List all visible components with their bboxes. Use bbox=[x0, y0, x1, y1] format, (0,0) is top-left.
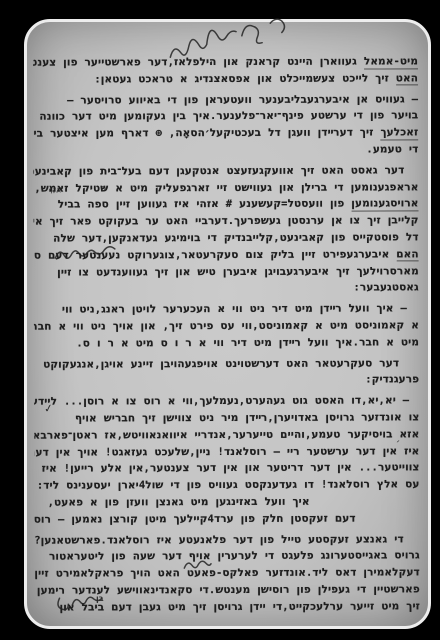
text-line: בויער פון די ערשטע פינף־יאר־פלענער.איך ב… bbox=[33, 108, 418, 126]
photographed-document: { "page": { "background_color": "#000000… bbox=[0, 0, 440, 640]
text-line: די טעמע. bbox=[33, 141, 418, 159]
text-line: מיט א חבר.איך וועל רײדן מיט דיר ווי א ר … bbox=[34, 334, 419, 352]
text-line: דער סעקרעטאר האט דערשטוינט אויפגעהויבן ז… bbox=[34, 355, 419, 373]
text-line: דער גאסט האט זיך אוועקגעזעצט אנטקעגן דעם… bbox=[33, 162, 418, 180]
text-line: איז אין דער ערשטער ריי — רוסלאנד! ניין,ש… bbox=[34, 443, 419, 461]
text-line: האט זיך לייכט צעשמייכלט און אפסאצנדיג א … bbox=[33, 70, 418, 88]
text-line: א קאמוניסט מיט א קאמוניסט,ווי עס פירט זי… bbox=[34, 317, 419, 335]
text-line: אזא בויסיקער טעמע,והיים טייערער,אנדריי א… bbox=[34, 426, 419, 444]
underlined-word: מיט-אמאל bbox=[364, 55, 418, 69]
text-line: — געוויס אן איבערגעבליבענער וועטעראן פון… bbox=[33, 91, 418, 109]
text-line: — איך וועל רײדן מיט דיר ניט ווי א העכערע… bbox=[34, 300, 419, 318]
text-line: צווייטער... אין דער דריטער און אין דער צ… bbox=[34, 460, 419, 478]
text-line: פארשטיין די געפילן פון רוסישן מענטש.די ס… bbox=[35, 581, 420, 599]
document-paper: מיט-אמאל געווארן היינט קראנק און הילפלאז… bbox=[24, 19, 431, 629]
text-line: דל פוסטקייס פון קאבינעט,קלייבנדיק די בוי… bbox=[34, 229, 419, 247]
text-line: די גאנצע זעקסטע טייל פון דער פלאנעטע איז… bbox=[35, 531, 420, 549]
text-line: גאסטגעבער: bbox=[34, 280, 419, 298]
underlined-word: ארויסגענומען bbox=[351, 198, 418, 212]
text-line: זאכלעך זיך דערײדן וועגן דל בעכטיקעל׳הסאָ… bbox=[33, 125, 418, 143]
text-line: מיט-אמאל געווארן היינט קראנק און הילפלאז… bbox=[33, 53, 418, 71]
underlined-word: האם bbox=[396, 248, 419, 262]
text-line: דעם זעקסטן חלק פון ערד4קיילעך מיטן קורצן… bbox=[35, 510, 420, 528]
text-line: ארויסגענומען פון וועסטל=קעשענע # אזהי אי… bbox=[34, 196, 419, 214]
text-line: קלייבן זיך צו אן ערנסטן געשפרעך.דערביי ה… bbox=[34, 213, 419, 231]
text-line: צו אונדזער גרויסן באדויערן,רײדן מיר ניט … bbox=[34, 409, 419, 427]
text-line: פרעגנדיק: bbox=[34, 372, 419, 390]
text-line: זיך מיט זייער ערלעכקייט,די יידן גרויסן ז… bbox=[35, 598, 420, 616]
text-line: עס אלץ רוסלאנד! דו געדענקסט געוויס פון ד… bbox=[34, 476, 419, 494]
underlined-word: זאכלעך bbox=[380, 127, 418, 141]
typewritten-text-block: מיט-אמאל געווארן היינט קראנק און הילפלאז… bbox=[33, 53, 420, 621]
text-line: — יא,יא,דו האסט גוט געהערט,נעמלעך,ווי א … bbox=[34, 392, 419, 410]
text-line: דעקלאמירן דאס ליד.אונדזער פאלקס-פאעט האט… bbox=[35, 564, 420, 582]
text-line: אראפגענומען די ברילן און געווישט זיי זאר… bbox=[33, 179, 418, 197]
underlined-word: האט bbox=[396, 72, 418, 86]
text-line: איך וועל באזינגען מיט גאנצן וועזן פון א … bbox=[35, 493, 420, 511]
text-line: מארסרוילעך זיך איבערגעבויגן איבערן טיש א… bbox=[34, 263, 419, 281]
text-line: האם איבערגעפירט זיין בליק צום סעקרעטאר,צ… bbox=[34, 246, 419, 264]
text-line: גרויס באגייסטערונג פלעגט די לערערין אויף… bbox=[35, 548, 420, 566]
